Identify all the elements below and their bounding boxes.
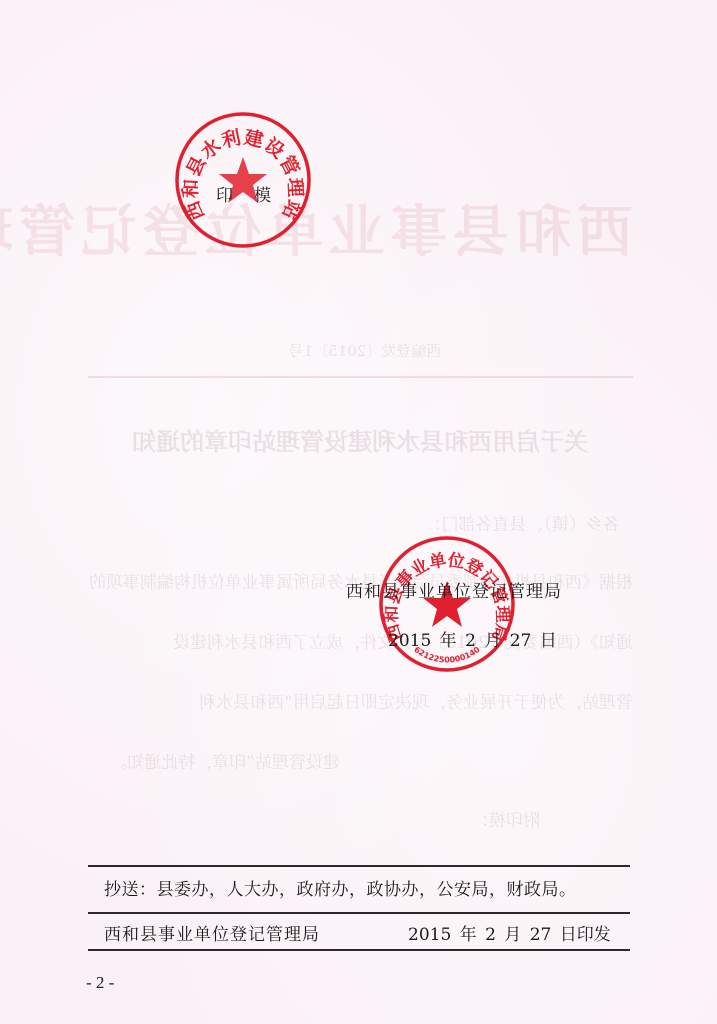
signature-date: 2015 年 2 月 27 日 (388, 626, 557, 651)
official-seal-graphic: 西和县事业单位登记管理局 6212250000140 (378, 535, 516, 673)
bleed-through-line: 管理站，为便于开展业务，现决定即日起启用“西和县水利 (88, 688, 633, 713)
bleed-through-line: 建设管理站”印章，特此通知。 (100, 748, 340, 773)
bleed-through-subject: 关于启用西和县水利建设管理站印章的通知 (130, 422, 590, 457)
seal-sample-label-right: 模 (254, 181, 271, 206)
document-page: 西和县事业单位登记管理局文件 西编登发〔2015〕1号 关于启用西和县水利建设管… (0, 0, 717, 1024)
footer-issue-date: 2015 年 2 月 27 日印发 (408, 920, 611, 945)
signature-issuer: 西和县事业单位登记管理局 (346, 577, 562, 602)
footer-issuer: 西和县事业单位登记管理局 (104, 920, 320, 945)
footer-middle-rule (88, 912, 630, 914)
footer-bottom-rule (88, 949, 630, 951)
official-seal-stamp: 西和县事业单位登记管理局 6212250000140 (378, 535, 516, 673)
cc-recipients: 抄送：县委办，人大办，政府办，政协办，公安局，财政局。 (104, 875, 577, 900)
bleed-through-line: 附印模： (460, 806, 540, 831)
bleed-through-doc-number: 西编登发〔2015〕1号 (250, 340, 480, 361)
page-number: - 2 - (86, 973, 114, 993)
seal-sample-graphic: 西和县水利建设管理站 (174, 111, 312, 249)
seal-sample-stamp: 西和县水利建设管理站 (174, 111, 312, 249)
seal-sample-label-left: 印 (216, 181, 233, 206)
bleed-through-line: 各乡（镇）、县直各部门： (470, 510, 620, 535)
footer-top-rule (88, 865, 630, 867)
bleed-through-title: 西和县事业单位登记管理局文件 (88, 188, 633, 268)
bleed-through-red-rule (88, 376, 633, 378)
